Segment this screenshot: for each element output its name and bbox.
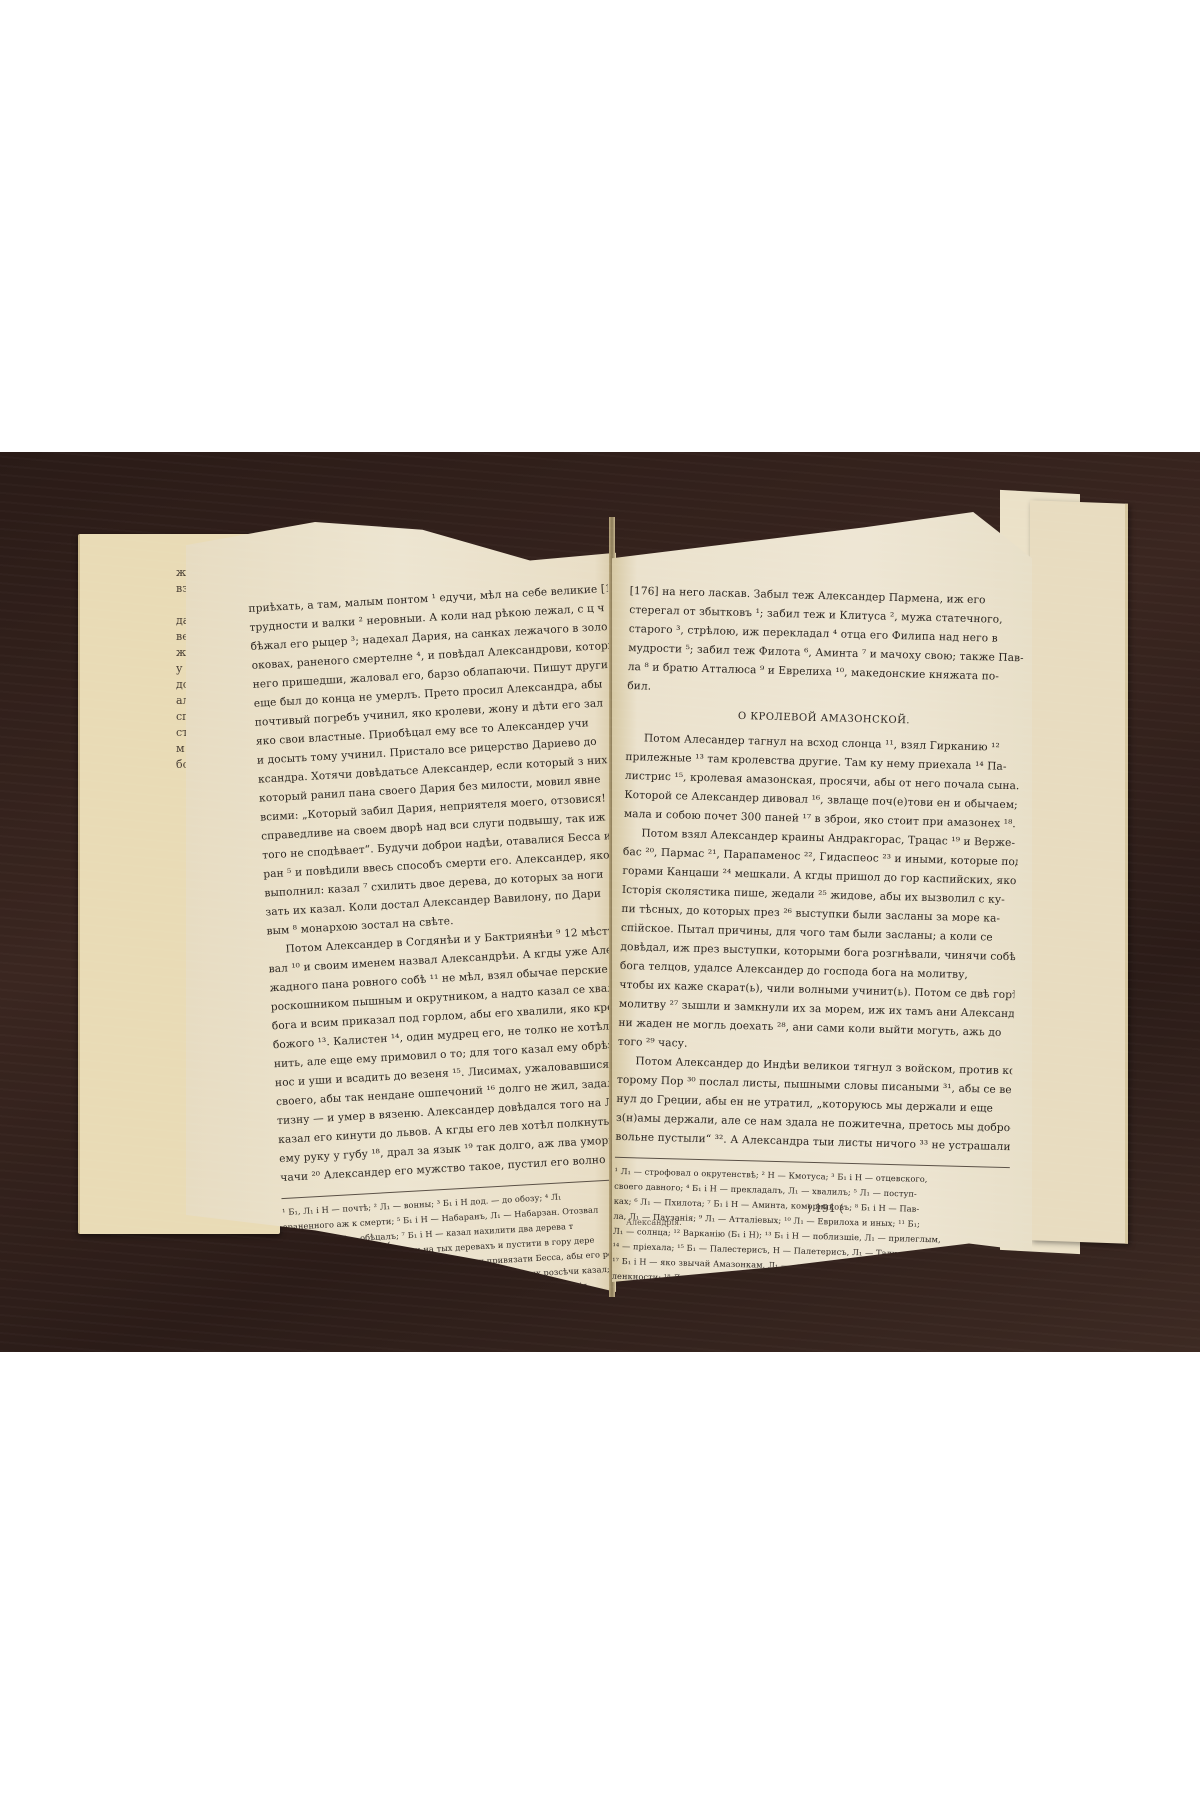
- footnote-line: ленкности; ¹⁸ Л₁ — дѣвок; ¹⁹ Б₁ і Н — Тр…: [612, 1269, 1007, 1282]
- left-page-number: ) 190 (: [354, 1240, 391, 1253]
- left-page: приѣхать, а там, малым понтом ¹ едучи, м…: [186, 522, 616, 1292]
- book-photo: жа вз да ве ж у до ал сп ст м бо приѣхат…: [0, 452, 1200, 1352]
- right-page-body: [176] на него ласкав. Забыл теж Александ…: [612, 582, 1025, 1282]
- footnote-line: тріанія; ¹⁰ Л₁ — заложил; ¹¹ Б₁ — собѣ р…: [288, 1290, 616, 1292]
- left-page-body: приѣхать, а там, малым понтом ¹ едучи, м…: [248, 580, 616, 1292]
- footnote-line: пушчово древа, и розорвали Бесса; другіи…: [286, 1260, 616, 1292]
- section-heading: О КРОЛЕВОЙ АМАЗОНСКОЙ.: [626, 704, 1021, 733]
- running-foot: Александрія.: [626, 1218, 682, 1227]
- underlying-page-right: [1030, 500, 1128, 1243]
- right-page-number: ) 191 (: [807, 1202, 844, 1215]
- right-page: [176] на него ласкав. Забыл теж Александ…: [612, 512, 1032, 1282]
- left-page-footnotes: ¹ Б₁, Л₁ і Н — почтѣ; ² Л₁ — вонны; ³ Б₁…: [282, 1185, 616, 1292]
